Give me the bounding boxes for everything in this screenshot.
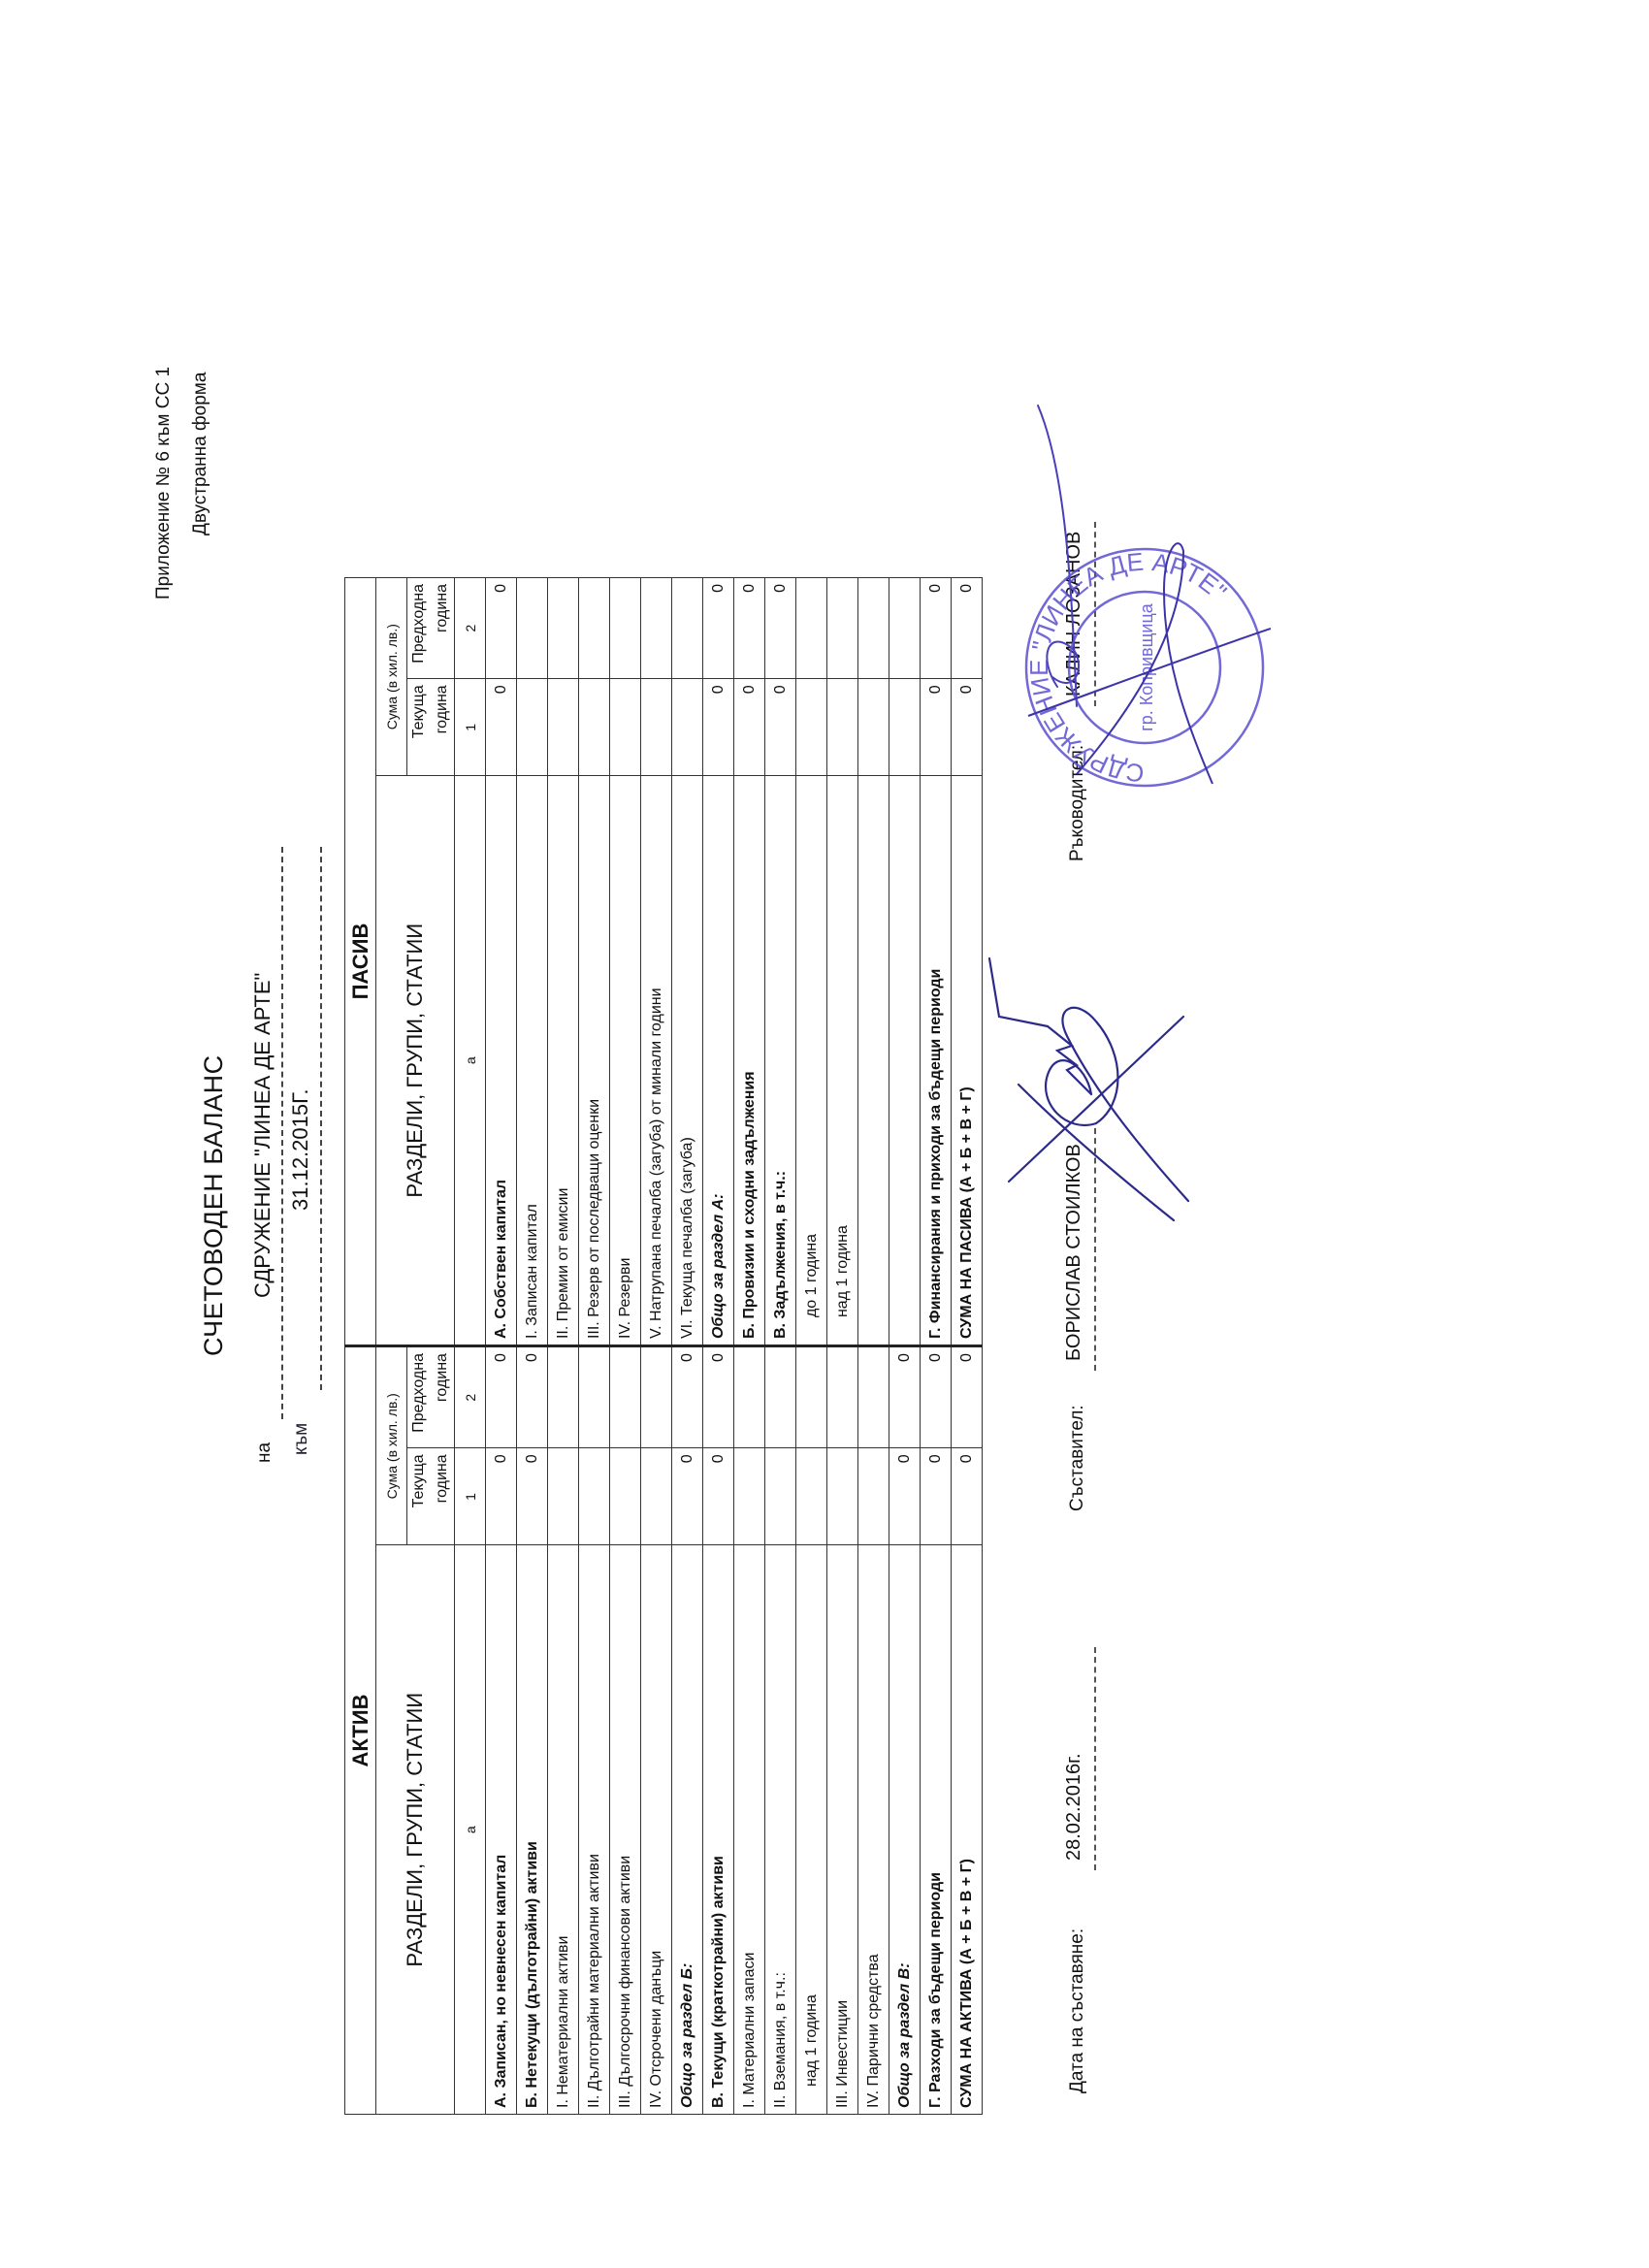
pasiv-row-label: IV. Резерви (610, 776, 641, 1346)
aktiv-sum-header: Сума (в хил. лв.) (376, 1346, 407, 1545)
aktiv-row-label: I. Материални запаси (734, 1545, 765, 2115)
stamp-outer-text: СДРУЖЕНИЕ "ЛИНЕА ДЕ АРТЕ" (1024, 547, 1233, 789)
aktiv-current-value: 0 (921, 1448, 952, 1545)
balance-table: АКТИВ ПАСИВ РАЗДЕЛИ, ГРУПИ, СТАТИИ Сума … (344, 577, 983, 2115)
aktiv-previous-value: 0 (921, 1346, 952, 1448)
pasiv-previous-value: 0 (486, 578, 517, 679)
table-row: I. Материални запасиБ. Провизии и сходни… (734, 578, 765, 2115)
pasiv-row-label: VI. Текуща печалба (загуба) (672, 776, 703, 1346)
compilation-date: 28.02.2016г. (1063, 1753, 1085, 1861)
pasiv-previous-value (641, 578, 672, 679)
pasiv-current-value (579, 679, 610, 776)
pasiv-previous-value (889, 578, 921, 679)
aktiv-previous-value (641, 1346, 672, 1448)
aktiv-row-label: Г. Разходи за бъдещи периоди (921, 1545, 952, 2115)
aktiv-current-value: 0 (889, 1448, 921, 1545)
compiler-label: Съставител: (1067, 1405, 1088, 1511)
pasiv-previous-value: 0 (703, 578, 734, 679)
pasiv-previous-value: 0 (921, 578, 952, 679)
pasiv-row-label: Общо за раздел А: (703, 776, 734, 1346)
aktiv-row-label: IV. Парични средства (858, 1545, 889, 2115)
pasiv-current-value: 0 (765, 679, 796, 776)
aktiv-row-label: III. Инвестиции (827, 1545, 858, 2115)
pasiv-current-value: 0 (952, 679, 983, 776)
pasiv-current-value (858, 679, 889, 776)
pasiv-row-label: над 1 година (827, 776, 858, 1346)
table-row: над 1 годинадо 1 година (796, 578, 827, 2115)
annex-reference: Приложение № 6 към СС 1 (153, 367, 175, 599)
aktiv-previous-value (858, 1346, 889, 1448)
aktiv-current-value (641, 1448, 672, 1545)
aktiv-row-label: II. Вземания, в т.ч.: (765, 1545, 796, 2115)
aktiv-row-label: Общо за раздел Б: (672, 1545, 703, 2115)
aktiv-previous-value: 0 (889, 1346, 921, 1448)
aktiv-row-label: I. Нематериални активи (548, 1545, 579, 2115)
compilation-date-label: Дата на съставяне: (1067, 1928, 1088, 2093)
table-row: II. Вземания, в т.ч.:В. Задължения, в т.… (765, 578, 796, 2115)
aktiv-previous-value (734, 1346, 765, 1448)
pasiv-current-value (517, 679, 548, 776)
organization-name: СДРУЖЕНИЕ "ЛИНЕА ДЕ АРТЕ" (250, 973, 275, 1298)
pasiv-current-value (796, 679, 827, 776)
aktiv-current-value: 0 (672, 1448, 703, 1545)
report-date: 31.12.2015Г. (288, 1089, 313, 1211)
pasiv-row-label (858, 776, 889, 1346)
pasiv-row-label: А. Собствен капитал (486, 776, 517, 1346)
pasiv-header: ПАСИВ (345, 578, 376, 1346)
pasiv-current-value: 0 (486, 679, 517, 776)
pasiv-previous-value (796, 578, 827, 679)
aktiv-current-value (765, 1448, 796, 1545)
organization-underline (281, 847, 283, 1419)
aktiv-row-label: СУМА НА АКТИВА (А + Б + В + Г) (952, 1545, 983, 2115)
table-row: Общо за раздел В:00 (889, 578, 921, 2115)
aktiv-row-label: А. Записан, но невнесен капитал (486, 1545, 517, 2115)
pasiv-previous-value: 0 (952, 578, 983, 679)
pasiv-index-a: а (455, 776, 486, 1346)
pasiv-previous-value (517, 578, 548, 679)
pasiv-row-label: I. Записан капитал (517, 776, 548, 1346)
table-row: Г. Разходи за бъдещи периоди00Г. Финанси… (921, 578, 952, 2115)
table-row: Б. Нетекущи (дълготрайни) активи00I. Зап… (517, 578, 548, 2115)
aktiv-index-a: а (455, 1545, 486, 2115)
aktiv-current-value (610, 1448, 641, 1545)
pasiv-previous-value (548, 578, 579, 679)
aktiv-row-label: Общо за раздел В: (889, 1545, 921, 2115)
aktiv-previous-year-header: Предходна година (407, 1346, 455, 1448)
table-row: II. Дълготрайни материални активиIII. Ре… (579, 578, 610, 2115)
form-type: Двустранна форма (190, 373, 211, 535)
table-row: III. Дългосрочни финансови активиIV. Рез… (610, 578, 641, 2115)
date-underline (320, 847, 322, 1390)
aktiv-row-label: В. Текущи (краткотрайни) активи (703, 1545, 734, 2115)
pasiv-index-2: 2 (455, 578, 486, 679)
balance-table-body: А. Записан, но невнесен капитал00А. Собс… (486, 578, 983, 2115)
aktiv-current-value (734, 1448, 765, 1545)
date-label: към (291, 1423, 312, 1455)
aktiv-row-label: Б. Нетекущи (дълготрайни) активи (517, 1545, 548, 2115)
aktiv-current-value (796, 1448, 827, 1545)
pasiv-row-label: СУМА НА ПАСИВА (А + Б + В + Г) (952, 776, 983, 1346)
pasiv-current-value (672, 679, 703, 776)
pasiv-row-label: до 1 година (796, 776, 827, 1346)
aktiv-previous-value: 0 (703, 1346, 734, 1448)
aktiv-current-value (548, 1448, 579, 1545)
aktiv-previous-value: 0 (672, 1346, 703, 1448)
aktiv-previous-value (610, 1346, 641, 1448)
aktiv-row-label: II. Дълготрайни материални активи (579, 1545, 610, 2115)
pasiv-current-value (827, 679, 858, 776)
aktiv-header: АКТИВ (345, 1346, 376, 2115)
aktiv-row-label: III. Дългосрочни финансови активи (610, 1545, 641, 2115)
pasiv-row-label: В. Задължения, в т.ч.: (765, 776, 796, 1346)
aktiv-current-value: 0 (517, 1448, 548, 1545)
table-row: СУМА НА АКТИВА (А + Б + В + Г)00СУМА НА … (952, 578, 983, 2115)
balance-sheet-page: Приложение № 6 към СС 1 Двустранна форма… (0, 0, 1649, 2268)
pasiv-current-year-header: Текуща година (407, 679, 455, 776)
organization-label: на (254, 1442, 275, 1463)
pasiv-previous-value (579, 578, 610, 679)
pasiv-previous-value: 0 (734, 578, 765, 679)
aktiv-previous-value (548, 1346, 579, 1448)
table-row: А. Записан, но невнесен капитал00А. Собс… (486, 578, 517, 2115)
pasiv-previous-value (827, 578, 858, 679)
pasiv-row-label (889, 776, 921, 1346)
pasiv-current-value (889, 679, 921, 776)
pasiv-sum-header: Сума (в хил. лв.) (376, 578, 407, 776)
aktiv-index-1: 1 (455, 1448, 486, 1545)
compiler-signature (980, 949, 1203, 1240)
table-row: IV. Отсрочени данъциV. Натрупана печалба… (641, 578, 672, 2115)
pasiv-current-value (548, 679, 579, 776)
pasiv-row-label: Б. Провизии и сходни задължения (734, 776, 765, 1346)
pasiv-row-label: III. Резерв от последващи оценки (579, 776, 610, 1346)
table-row: I. Нематериални активиII. Премии от емис… (548, 578, 579, 2115)
aktiv-previous-value (765, 1346, 796, 1448)
compilation-date-underline (1094, 1647, 1096, 1870)
pasiv-previous-value (672, 578, 703, 679)
table-row: Общо за раздел Б:00VI. Текуща печалба (з… (672, 578, 703, 2115)
pasiv-sections-header: РАЗДЕЛИ, ГРУПИ, СТАТИИ (376, 776, 455, 1346)
pasiv-row-label: Г. Финансирания и приходи за бъдещи пери… (921, 776, 952, 1346)
pasiv-current-value: 0 (921, 679, 952, 776)
pasiv-current-value (641, 679, 672, 776)
pasiv-current-value (610, 679, 641, 776)
pasiv-previous-value (858, 578, 889, 679)
aktiv-current-value (858, 1448, 889, 1545)
aktiv-previous-value (579, 1346, 610, 1448)
aktiv-sections-header: РАЗДЕЛИ, ГРУПИ, СТАТИИ (376, 1545, 455, 2115)
aktiv-index-2: 2 (455, 1346, 486, 1448)
pasiv-current-value: 0 (703, 679, 734, 776)
document-title: СЧЕТОВОДЕН БАЛАНС (199, 1054, 229, 1356)
pasiv-index-1: 1 (455, 679, 486, 776)
aktiv-current-value: 0 (703, 1448, 734, 1545)
aktiv-current-value (827, 1448, 858, 1545)
aktiv-row-label: над 1 година (796, 1545, 827, 2115)
table-row: В. Текущи (краткотрайни) активи00Общо за… (703, 578, 734, 2115)
aktiv-current-year-header: Текуща година (407, 1448, 455, 1545)
aktiv-previous-value: 0 (517, 1346, 548, 1448)
stamp-inner-text: гр. Копривщица (1137, 602, 1156, 731)
aktiv-previous-value (827, 1346, 858, 1448)
table-row: IV. Парични средства (858, 578, 889, 2115)
aktiv-row-label: IV. Отсрочени данъци (641, 1545, 672, 2115)
pasiv-previous-year-header: Предходна година (407, 578, 455, 679)
aktiv-current-value: 0 (952, 1448, 983, 1545)
pasiv-row-label: V. Натрупана печалба (загуба) от минали … (641, 776, 672, 1346)
table-row: III. Инвестициинад 1 година (827, 578, 858, 2115)
pasiv-previous-value (610, 578, 641, 679)
aktiv-previous-value: 0 (952, 1346, 983, 1448)
aktiv-current-value (579, 1448, 610, 1545)
pasiv-current-value: 0 (734, 679, 765, 776)
svg-text:СДРУЖЕНИЕ "ЛИНЕА ДЕ АРТЕ": СДРУЖЕНИЕ "ЛИНЕА ДЕ АРТЕ" (1024, 547, 1233, 789)
aktiv-current-value: 0 (486, 1448, 517, 1545)
pasiv-previous-value: 0 (765, 578, 796, 679)
organization-stamp: СДРУЖЕНИЕ "ЛИНЕА ДЕ АРТЕ" гр. Копривщица (1018, 541, 1271, 794)
aktiv-previous-value (796, 1346, 827, 1448)
pasiv-row-label: II. Премии от емисии (548, 776, 579, 1346)
aktiv-previous-value: 0 (486, 1346, 517, 1448)
